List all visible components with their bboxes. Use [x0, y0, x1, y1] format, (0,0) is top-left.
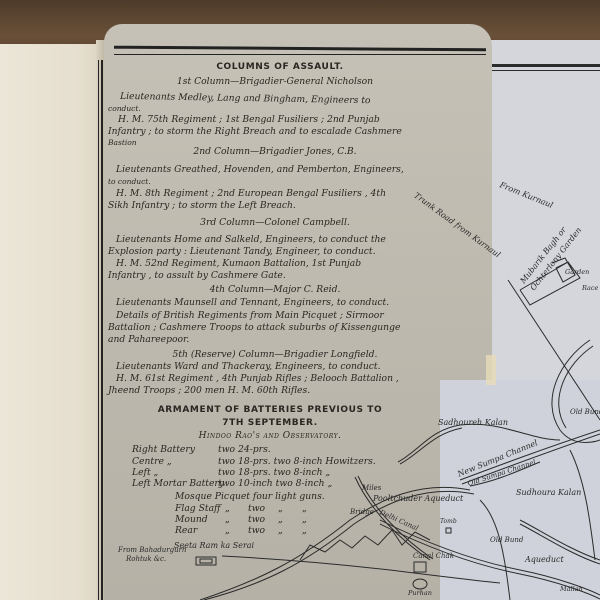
- map-label-rohtuk: Rohtuk &c.: [126, 555, 166, 563]
- map-label-aqueduct: Aqueduct: [525, 555, 564, 564]
- map-label-old-bund-top: Old Bund: [570, 408, 600, 416]
- map-label-pooltchuder-aqueduct: Pooltchuder Aqueduct: [373, 494, 463, 503]
- map-label-race: Race: [582, 284, 598, 292]
- map-label-sadhoureh-kalan: Sadhoureh Kalan: [438, 418, 508, 427]
- map-label-old-bund: Old Bund: [490, 536, 523, 544]
- map-label-purhan: Purhan: [408, 589, 432, 597]
- tape-strip: [486, 355, 496, 385]
- map-label-sudhoura-kalan: Sudhoura Kalan: [516, 488, 581, 497]
- map-label-mallah: Mallah: [560, 585, 583, 593]
- map-drawing: [0, 0, 600, 600]
- map-label-seeta-ram-ka-serai: Seeta Ram ka Serai: [174, 541, 254, 550]
- map-label-bridge: Bridge: [350, 508, 374, 516]
- map-label-garden: Garden: [565, 268, 589, 276]
- map-label-tomb: Tomb: [440, 518, 457, 525]
- map-label-canal-chak: Canal Chak: [413, 552, 454, 560]
- map-label-miles: Miles: [362, 484, 381, 492]
